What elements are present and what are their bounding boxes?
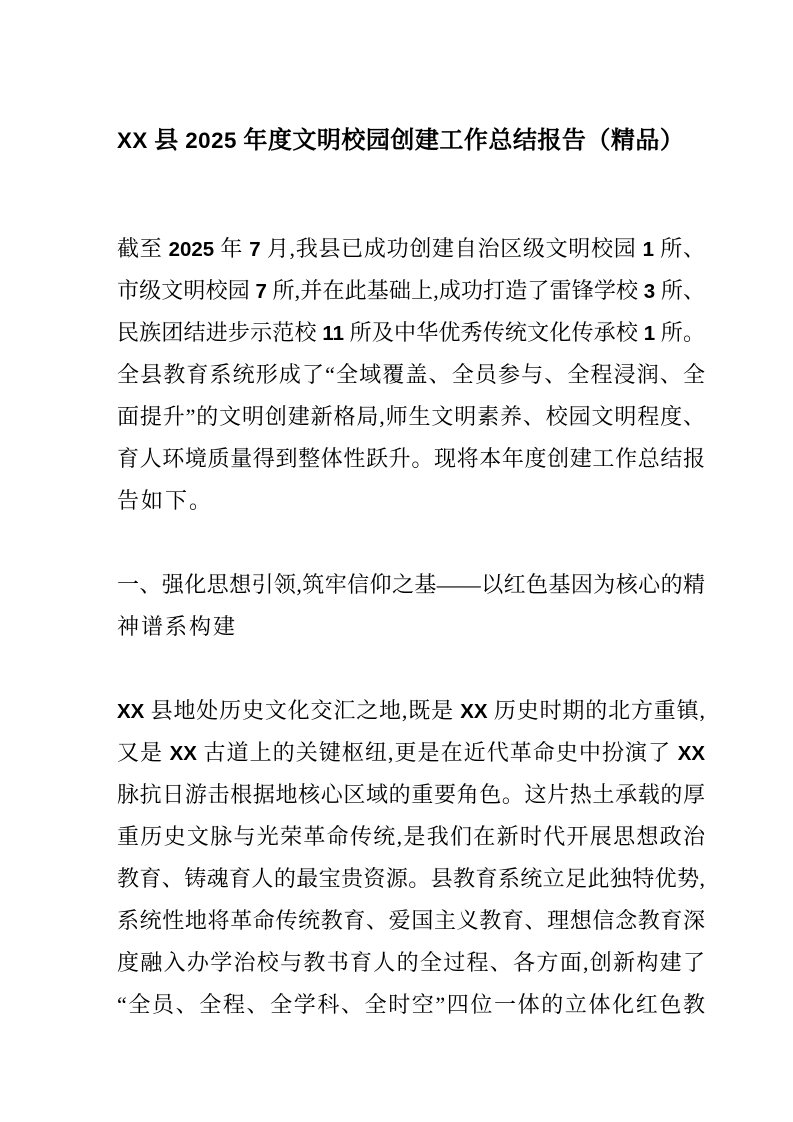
latin-run: XX <box>170 742 197 765</box>
latin-run: 7 <box>256 280 267 303</box>
text-line: 育人环境质量得到整体性跃升。现将本年度创建工作总结报 <box>117 438 705 480</box>
latin-run: 7 <box>249 238 260 261</box>
paragraph-block: 截至 2025 年 7 月,我县已成功创建自治区级文明校园 1 所、市级文明校园… <box>117 228 705 522</box>
document-body: 截至 2025 年 7 月,我县已成功创建自治区级文明校园 1 所、市级文明校园… <box>117 228 705 1026</box>
latin-run: 1 <box>643 238 654 261</box>
text-line: 脉抗日游击根据地核心区域的重要角色。这片热土承载的厚 <box>117 774 705 816</box>
latin-run: XX <box>678 742 705 765</box>
text-line: 告如下。 <box>117 480 705 522</box>
text-line: 民族团结进步示范校 11 所及中华优秀传统文化传承校 1 所。 <box>117 312 705 354</box>
text-line: XX 县地处历史文化交汇之地,既是 XX 历史时期的北方重镇, <box>117 690 705 732</box>
text-line: “全员、全程、全学科、全时空”四位一体的立体化红色教 <box>117 984 705 1026</box>
document-content: XX 县 2025 年度文明校园创建工作总结报告（精品） 截至 2025 年 7… <box>117 0 705 1026</box>
document-page: XX 县 2025 年度文明校园创建工作总结报告（精品） 截至 2025 年 7… <box>0 0 793 1122</box>
text-line: 截至 2025 年 7 月,我县已成功创建自治区级文明校园 1 所、 <box>117 228 705 270</box>
text-line: 系统性地将革命传统教育、爱国主义教育、理想信念教育深 <box>117 900 705 942</box>
latin-run: XX <box>117 128 148 153</box>
latin-run: 2025 <box>169 238 214 261</box>
latin-run: XX <box>460 700 487 723</box>
text-line: 重历史文脉与光荣革命传统,是我们在新时代开展思想政治 <box>117 816 705 858</box>
latin-run: XX <box>117 700 144 723</box>
latin-run: 11 <box>322 322 344 345</box>
latin-run: 1 <box>644 322 655 345</box>
text-line: 面提升”的文明创建新格局,师生文明素养、校园文明程度、 <box>117 396 705 438</box>
heading-block: 一、强化思想引领,筑牢信仰之基——以红色基因为核心的精神谱系构建 <box>117 564 705 648</box>
text-line: 教育、铸魂育人的最宝贵资源。县教育系统立足此独特优势, <box>117 858 705 900</box>
text-line: 度融入办学治校与教书育人的全过程、各方面,创新构建了 <box>117 942 705 984</box>
text-line: 神谱系构建 <box>117 606 705 648</box>
text-line: 又是 XX 古道上的关键枢纽,更是在近代革命史中扮演了 XX 山 <box>117 732 705 774</box>
text-line: 市级文明校园 7 所,并在此基础上,成功打造了雷锋学校 3 所、 <box>117 270 705 312</box>
document-title: XX 县 2025 年度文明校园创建工作总结报告（精品） <box>117 120 705 162</box>
text-line: 一、强化思想引领,筑牢信仰之基——以红色基因为核心的精 <box>117 564 705 606</box>
text-line: 全县教育系统形成了“全域覆盖、全员参与、全程浸润、全 <box>117 354 705 396</box>
paragraph-block: XX 县地处历史文化交汇之地,既是 XX 历史时期的北方重镇,又是 XX 古道上… <box>117 690 705 1026</box>
latin-run: 2025 <box>185 128 237 153</box>
latin-run: 3 <box>644 280 655 303</box>
